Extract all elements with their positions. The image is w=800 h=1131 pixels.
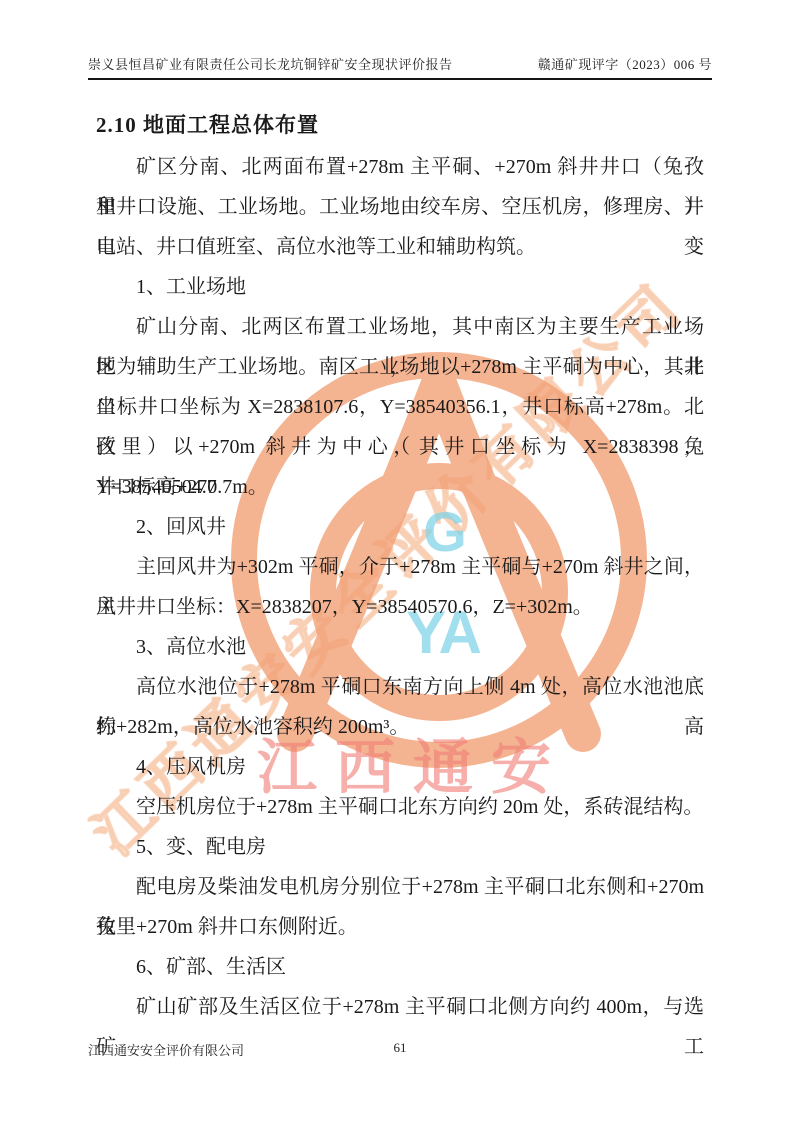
body-line: 矿区分南、北两面布置+278m 主平硐、+270m 斜井井口（兔孜里） xyxy=(96,147,704,187)
body-line: 孜里）以+270m 斜井为中心，其井口坐标为 X=2838398，Y=38540… xyxy=(96,427,704,467)
header-report-title: 崇义县恒昌矿业有限责任公司长龙坑铜锌矿安全现状评价报告 xyxy=(88,54,453,73)
body-line: 坐标井口坐标为 X=2838107.6，Y=38540356.1，井口标高+27… xyxy=(96,387,704,427)
body-line: 5、变、配电房 xyxy=(96,827,704,867)
report-page: 江西通安安全评价有限公司 G YA 江西通安 崇义县恒昌矿业有限责任公司长龙坑铜… xyxy=(0,0,800,1131)
body-line: 高位水池位于+278m 平硐口东南方向上侧 4m 处，高位水池池底标高 xyxy=(96,667,704,707)
body-text: 矿区分南、北两面布置+278m 主平硐、+270m 斜井井口（兔孜里）和井口设施… xyxy=(96,147,704,1027)
body-line: 区为辅助生产工业场地。南区工业场地以+278m 主平硐为中心，其井口 xyxy=(96,347,704,387)
section-title: 2.10 地面工程总体布置 xyxy=(96,105,704,145)
body-line: 空压机房位于+278m 主平硐口北东方向约 20m 处，系砖混结构。 xyxy=(96,787,704,827)
header-doc-number: 赣通矿现评字（2023）006 号 xyxy=(538,54,712,73)
body-line: 风井井口坐标：X=2838207，Y=38540570.6，Z=+302m。 xyxy=(96,587,704,627)
page-header: 崇义县恒昌矿业有限责任公司长龙坑铜锌矿安全现状评价报告 赣通矿现评字（2023）… xyxy=(88,0,712,80)
body-line: 2、回风井 xyxy=(96,507,704,547)
body-line: 和井口设施、工业场地。工业场地由绞车房、空压机房，修理房、井口变 xyxy=(96,187,704,227)
body-line: 主回风井为+302m 平硐，介于+278m 主平硐与+270m 斜井之间，主 xyxy=(96,547,704,587)
page-content: 崇义县恒昌矿业有限责任公司长龙坑铜锌矿安全现状评价报告 赣通矿现评字（2023）… xyxy=(0,0,800,1131)
page-number: 61 xyxy=(88,1040,712,1056)
body-line: 4、压风机房 xyxy=(96,747,704,787)
body-line: 矿山矿部及生活区位于+278m 主平硐口北侧方向约 400m，与选矿工 xyxy=(96,987,704,1027)
page-footer: 江西通安安全评价有限公司 61 xyxy=(88,1040,712,1060)
body-line: 矿山分南、北两区布置工业场地，其中南区为主要生产工业场地，北 xyxy=(96,307,704,347)
body-line: 配电房及柴油发电机房分别位于+278m 主平硐口北东侧和+270m 兔 xyxy=(96,867,704,907)
body-line: 孜里+270m 斜井口东侧附近。 xyxy=(96,907,704,947)
body-line: 3、高位水池 xyxy=(96,627,704,667)
body-line: 井口标高+270.7m。 xyxy=(96,467,704,507)
body-line: 1、工业场地 xyxy=(96,267,704,307)
body-line: 6、矿部、生活区 xyxy=(96,947,704,987)
